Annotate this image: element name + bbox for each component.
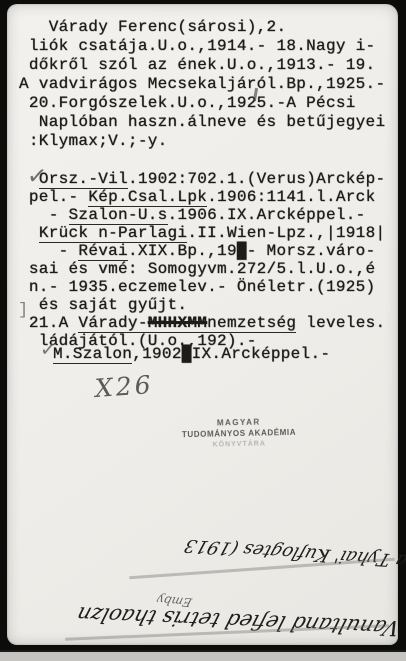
typed-line: Naplóban haszn.álneve és betűjegyei: [19, 113, 396, 132]
pencil-checkmark-icon: ✓: [39, 336, 57, 361]
typed-line: Krück n-Parlagi.II.Wien-Lpz.,|1918|: [19, 224, 396, 242]
typed-block-works-list: Várady Ferenc(sárosi),2. liók csatája.U.…: [19, 18, 396, 151]
handwritten-note-upper: a Tyhai' Kuflogtes (1913: [114, 530, 406, 571]
pencil-checkmark-icon: ✓: [26, 161, 49, 191]
stamp-line-1: MAGYAR: [177, 417, 301, 429]
typed-line: - Révai.XIX.Bp.,19█- Morsz.váro-: [19, 242, 396, 260]
typed-line: és saját gyűjt.: [19, 296, 396, 314]
typed-line: n.- 1935.eczemelev.- Önéletr.(1925): [19, 278, 396, 296]
typed-line: dőkről szól az ének.U.o.,1913.- 19.: [19, 56, 396, 75]
scanned-card-photo: Várady Ferenc(sárosi),2. liók csatája.U.…: [0, 0, 406, 661]
stamp-line-3: KÖNYVTÁRA: [177, 440, 301, 450]
scan-edge-strip: [0, 650, 406, 661]
typed-line: sai és vmé: Somogyvm.272/5.l.U.o.,é: [19, 260, 396, 278]
typed-line: 21.A Várady-MHHXMMnemzetség leveles.: [19, 314, 396, 332]
typed-line-mszalon: M.Szalon,1902█IX.Arcképpel.-: [53, 345, 396, 363]
pencil-bracket-mark: ]: [18, 301, 28, 320]
stamp-line-2: TUDOMÁNYOS AKADÉMIA: [177, 428, 301, 440]
typed-line: M.Szalon,1902█IX.Arcképpel.-: [53, 345, 396, 363]
typed-line: liók csatája.U.o.,1914.- 18.Nagy i-: [19, 37, 396, 56]
pencil-shelfmark-x26: X26: [94, 370, 154, 403]
typed-line: pel.- Kép.Csal.Lpk.1906:1141.l.Arck: [19, 188, 396, 206]
library-stamp: MAGYAR TUDOMÁNYOS AKADÉMIA KÖNYVTÁRA: [177, 417, 302, 450]
typed-block-references: Orsz.-Vil.1902:702.1.(Verus)Arckép- pel.…: [19, 170, 396, 350]
catalog-card: Várady Ferenc(sárosi),2. liók csatája.U.…: [7, 4, 398, 645]
typed-line: A vadvirágos Mecsekaljáról.Bp.,1925.-: [19, 75, 396, 94]
typed-line: :Klymax;V.;-y.: [19, 132, 396, 151]
typed-line: Várady Ferenc(sárosi),2.: [19, 18, 396, 37]
typed-line: 20.Forgószelek.U.o.,1925.-A Pécsi: [19, 94, 396, 113]
typed-line: - Szalon-U.s.1906.IX.Arcképpel.-: [19, 206, 396, 224]
typed-line: Orsz.-Vil.1902:702.1.(Verus)Arckép-: [19, 170, 396, 188]
